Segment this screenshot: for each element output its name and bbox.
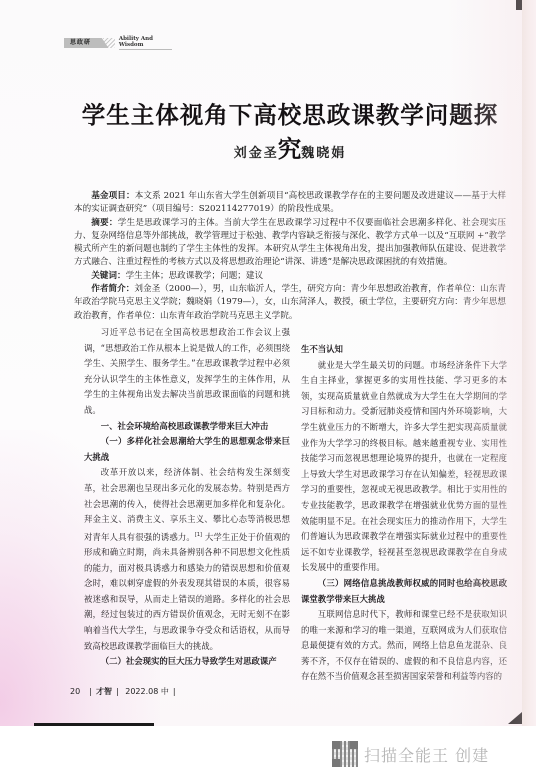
page-edge [522,0,536,726]
keywords: 关键词：学生主体；思政课教学；问题；建议 [74,270,506,283]
author-bio-text: 刘金圣（2000—），男，山东临沂人，学生，研究方向：青少年思想政治教育，作者单… [74,284,506,321]
author-bio-label: 作者简介： [91,284,134,294]
page-bottom-rule [34,723,154,726]
scanner-watermark: 扫描全能王 创建 [332,741,489,767]
body-paragraph: 改革开放以来，经济体制、社会结构发生深刻变革，社会思潮也呈现出多元化的发展态势。… [84,465,290,654]
author-name: 魏晓娟 [301,146,346,161]
author-name: 刘金圣 [234,146,279,161]
citation-ref: [1] [195,532,202,538]
abstract-text: 学生是思政课学习的主体。当前大学生在思政课学习过程中不仅要面临社会思潮多样化、社… [74,218,506,268]
keywords-label: 关键词： [91,271,125,281]
keywords-text: 学生主体；思政课教学；问题；建议 [126,271,264,281]
section-tag: 思政研究 [64,38,109,48]
subsection-heading: （一）多样化社会思潮给大学生的思想观念带来巨大挑战 [84,434,290,465]
intro-paragraph: 习近平总书记在全国高校思想政治工作会议上强调，“思想政治工作从根本上说是做人的工… [84,325,290,419]
subsection-heading: （二）社会现实的巨大压力导致学生对思政课产 [84,654,290,670]
qr-code-icon [332,741,358,767]
subsection-heading: （三）网络信息挑战教师权威的同时也给高校思政课堂教学带来巨大挑战 [301,576,507,607]
abstract: 摘要：学生是思政课学习的主体。当前大学生在思政课学习过程中不仅要面临社会思潮多样… [74,217,506,270]
paragraph-text: 改革开放以来，经济体制、社会结构发生深刻变革，社会思潮也呈现出多元化的发展态势。… [84,467,290,541]
body-column-left: 习近平总书记在全国高校思想政治工作会议上强调，“思想政治工作从根本上说是做人的工… [84,325,290,670]
page-footer: 20 |才智| 2022.08 中| [70,686,180,697]
scanned-page: 思政研究 Ability And Wisdom 学生主体视角下高校思政课教学问题… [0,0,536,726]
author-bio: 作者简介：刘金圣（2000—），男，山东临沂人，学生，研究方向：青少年思想政治教… [74,283,506,323]
body-paragraph: 互联网信息时代下，教师和课堂已经不是获取知识的唯一来源和学习的唯一渠道，互联网成… [301,607,507,685]
issue-date: 2022.08 中 [125,687,169,696]
article-meta: 基金项目：本文系 2021 年山东省大学生创新项目“高校思政课教学存在的主要问题… [74,190,506,323]
section-header: 思政研究 Ability And Wisdom [64,38,172,48]
body-paragraph: 就业是大学生最关切的问题。市场经济条件下大学生自主择业，掌握更多的实用性技能、学… [301,358,507,576]
body-column-right: 生不当认知 就业是大学生最关切的问题。市场经济条件下大学生自主择业，掌握更多的实… [301,325,507,685]
fund-info: 基金项目：本文系 2021 年山东省大学生创新项目“高校思政课教学存在的主要问题… [74,190,506,217]
section-english-title: Ability And Wisdom [119,36,172,50]
scan-corner-mark [516,0,522,10]
watermark-text: 扫描全能王 创建 [364,743,489,766]
article-authors: 刘金圣 魏晓娟 [70,142,510,161]
magazine-name: 才智 [96,686,112,696]
fund-label: 基金项目： [91,191,135,201]
fund-text: 本文系 2021 年山东省大学生创新项目“高校思政课教学存在的主要问题及改进建议… [74,191,506,214]
page-number: 20 [70,687,80,696]
paragraph-text: 大学生正处于价值观的形成和确立时期，尚未具备辨别各种不同思想文化性质的能力，面对… [84,532,290,651]
abstract-label: 摘要： [91,218,118,228]
section-heading: 一、社会环境给高校思政课教学带来巨大冲击 [84,419,290,435]
scan-corner-mark [508,712,522,724]
subsection-heading-continued: 生不当认知 [301,342,507,358]
